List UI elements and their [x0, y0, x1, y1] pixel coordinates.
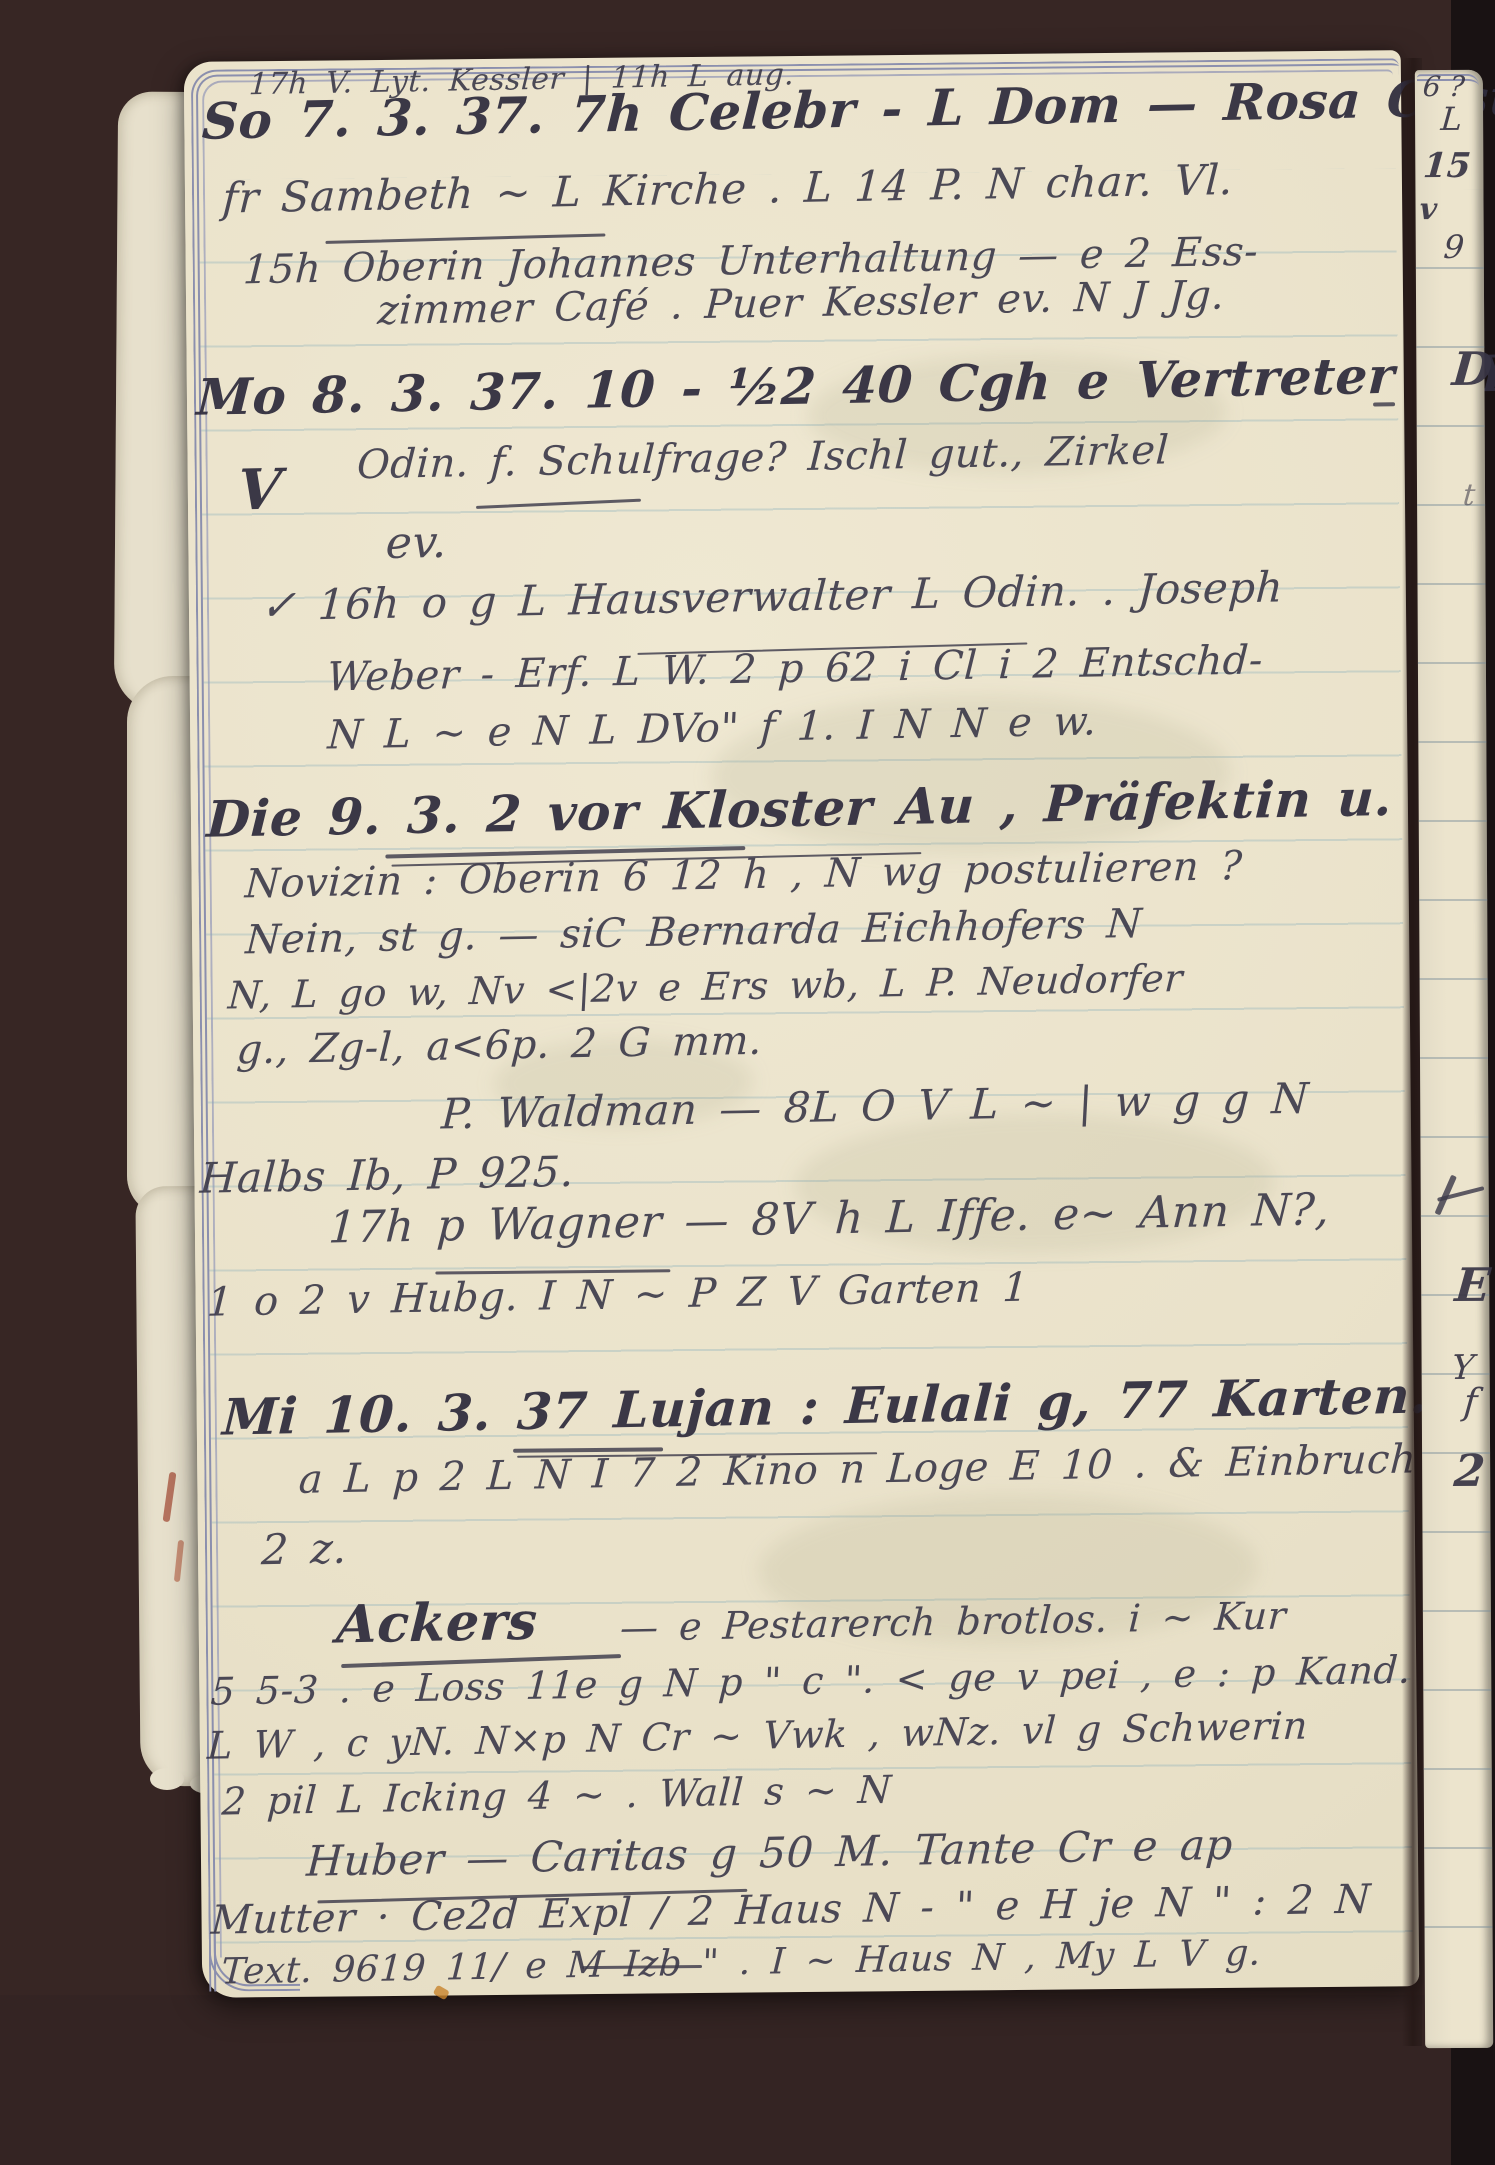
handwriting-fragment: v	[1418, 192, 1438, 227]
ruled-lines	[1415, 190, 1492, 1988]
handwriting-fragment: 15	[1422, 146, 1473, 186]
margin-dash	[1373, 402, 1395, 406]
diary-heading-ackers: Ackers	[335, 1591, 539, 1656]
paper-fray	[150, 1768, 184, 1790]
handwriting-fragment: 2	[1452, 1446, 1487, 1497]
diary-line: ev.	[385, 517, 449, 569]
diary-line: Halbs Ib, P 925.	[199, 1147, 576, 1203]
checkmark: V	[236, 457, 283, 524]
diary-page: 17h V. Lyt. Kessler | 11h L aug. So 7. 3…	[184, 50, 1420, 1998]
notebook-photo: { "document": { "kind_label": "Handwritt…	[0, 0, 1495, 2165]
diary-line: 2 z.	[260, 1524, 348, 1575]
handwriting-fragment: D	[1450, 342, 1494, 396]
diary-line: g., Zg-l, a<6p. 2 G mm.	[235, 1018, 763, 1074]
handwriting-fragment: 6 ?	[1422, 70, 1466, 103]
handwriting-fragment: 9	[1442, 228, 1465, 266]
handwriting-fragment: L	[1440, 100, 1464, 138]
table-background	[0, 1995, 1495, 2165]
handwriting-fragment: E	[1453, 1258, 1493, 1312]
next-page-sliver: 6 ? L 15 v 9 D t E Y f 2	[1415, 70, 1493, 2048]
